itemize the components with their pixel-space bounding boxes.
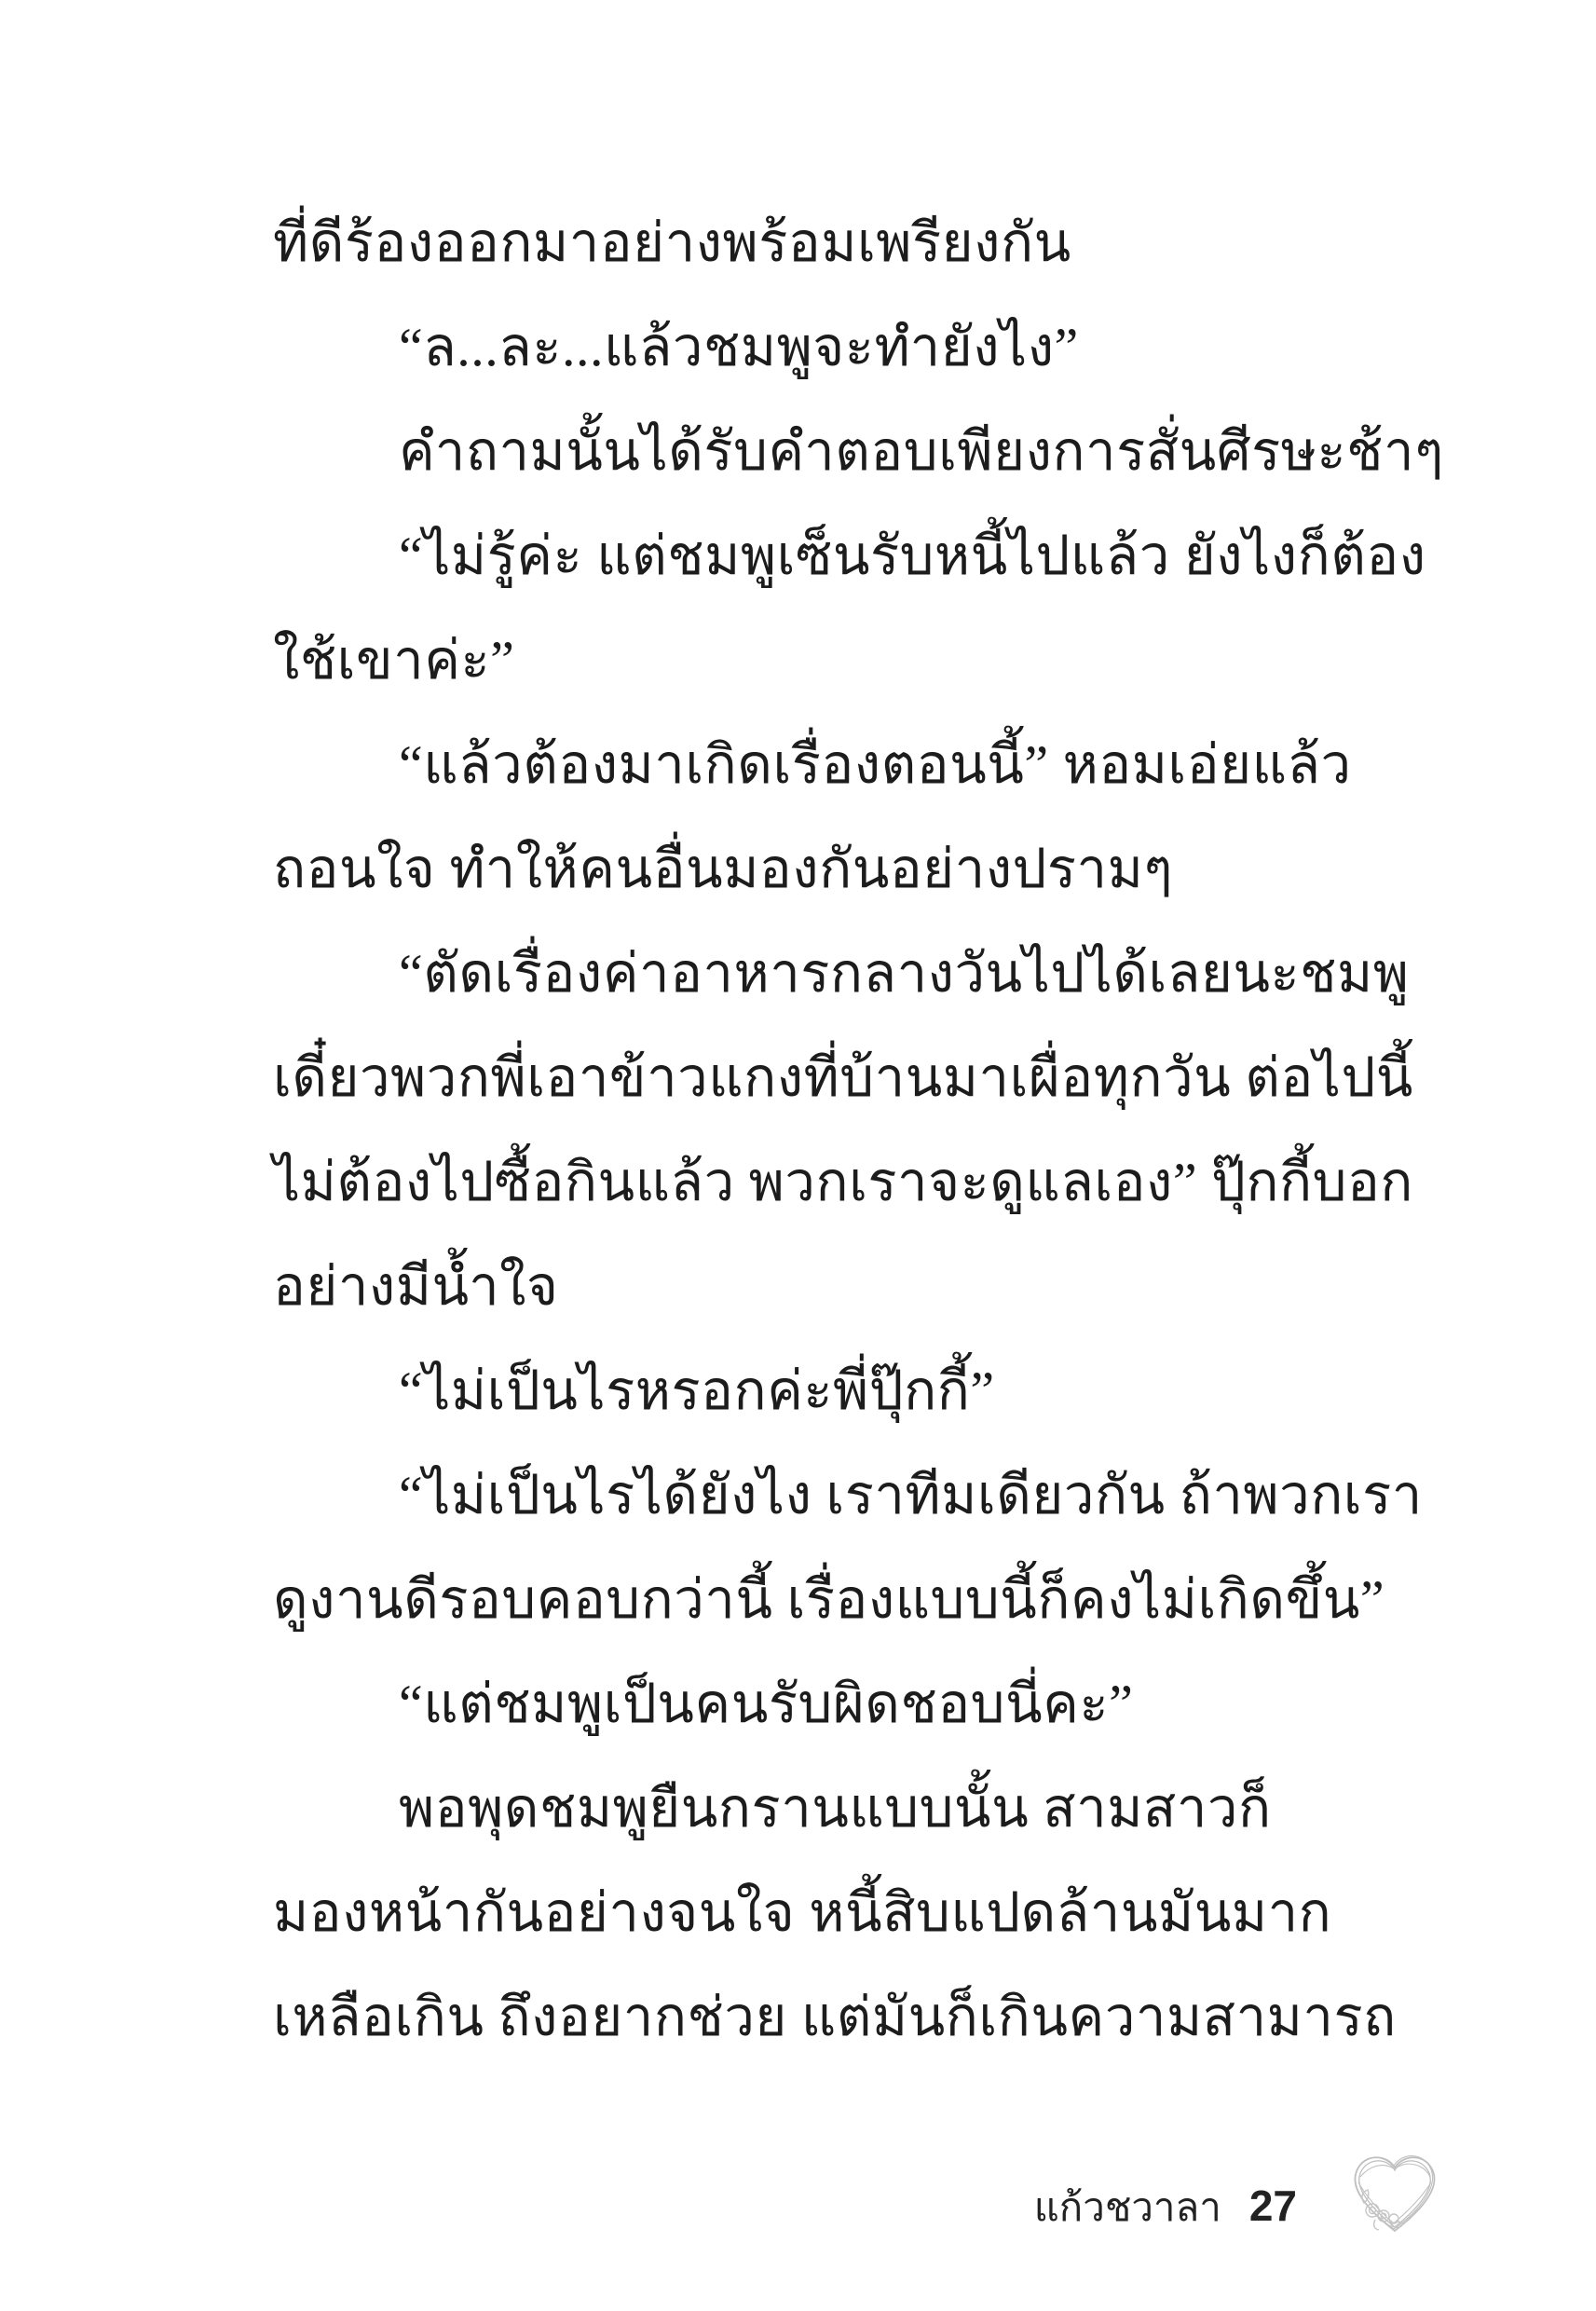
text-line: พอพุดชมพูยืนกรานแบบนั้น สามสาวก็ <box>273 1757 1424 1861</box>
heart-wreath-icon <box>1347 2149 1442 2238</box>
text-line: เดี๋ยวพวกพี่เอาข้าวแกงที่บ้านมาเผื่อทุกว… <box>273 1026 1424 1130</box>
text-line: คำถามนั้นได้รับคำตอบเพียงการสั่นศีรษะช้า… <box>273 400 1424 504</box>
text-line: ดูงานดีรอบคอบกว่านี้ เรื่องแบบนี้ก็คงไม่… <box>273 1548 1424 1652</box>
book-title: แก้วชวาลา <box>1034 2187 1221 2230</box>
text-line: เหลือเกิน ถึงอยากช่วย แต่มันก็เกินความสา… <box>273 1965 1424 2070</box>
text-line: “แล้วต้องมาเกิดเรื่องตอนนี้” หอมเอ่ยแล้ว <box>273 713 1424 817</box>
text-line: ที่ดีร้องออกมาอย่างพร้อมเพรียงกัน <box>273 191 1424 295</box>
page-text-block: ที่ดีร้องออกมาอย่างพร้อมเพรียงกัน “ล...ล… <box>273 191 1424 2070</box>
text-line: ถอนใจ ทำให้คนอื่นมองกันอย่างปรามๆ <box>273 817 1424 922</box>
book-page: ที่ดีร้องออกมาอย่างพร้อมเพรียงกัน “ล...ล… <box>0 0 1596 2311</box>
text-line: “ล...ละ...แล้วชมพูจะทำยังไง” <box>273 295 1424 400</box>
page-footer: แก้วชวาลา27 <box>0 2177 1297 2238</box>
text-line: มองหน้ากันอย่างจนใจ หนี้สิบแปดล้านมันมาก <box>273 1861 1424 1965</box>
text-line: “ไม่รู้ค่ะ แต่ชมพูเซ็นรับหนี้ไปแล้ว ยังไ… <box>273 504 1424 609</box>
text-line: “ตัดเรื่องค่าอาหารกลางวันไปได้เลยนะชมพู <box>273 922 1424 1026</box>
text-line: อย่างมีน้ำใจ <box>273 1235 1424 1339</box>
text-line: “ไม่เป็นไรหรอกค่ะพี่ปุ๊กกี้” <box>273 1339 1424 1443</box>
page-number: 27 <box>1249 2181 1297 2230</box>
text-line: “แต่ชมพูเป็นคนรับผิดชอบนี่คะ” <box>273 1652 1424 1757</box>
text-line: “ไม่เป็นไรได้ยังไง เราทีมเดียวกัน ถ้าพวก… <box>273 1443 1424 1548</box>
text-line: ใช้เขาค่ะ” <box>273 609 1424 713</box>
text-line: ไม่ต้องไปซื้อกินแล้ว พวกเราจะดูแลเอง” ปุ… <box>273 1130 1424 1235</box>
